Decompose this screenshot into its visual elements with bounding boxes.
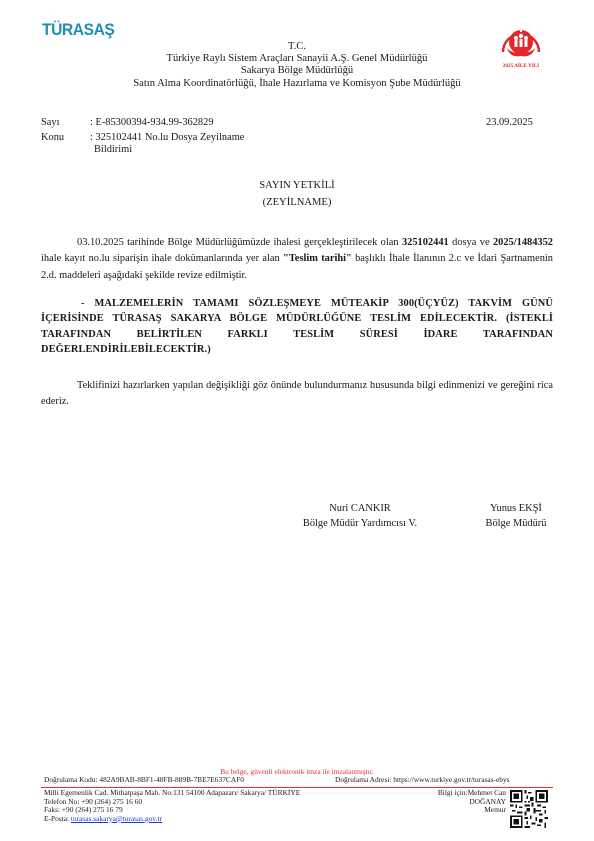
document-date: 23.09.2025 (486, 117, 533, 128)
konu-value-cont: Bildirimi (94, 144, 132, 156)
signer-title: Bölge Müdürü (466, 516, 566, 531)
email-row: E-Posta: turasas.sakarya@turasas.gov.tr (44, 815, 300, 824)
signature-2: Yunus EKŞİ Bölge Müdürü (466, 501, 566, 531)
salutation: SAYIN YETKİLİ (60, 180, 534, 191)
sayi-label: Sayı (41, 117, 59, 129)
verification-code: Doğrulama Kodu: 482A9BAB-8BF1-48FB-889B-… (44, 776, 244, 785)
address: Milli Egemenlik Cad. Mithatpaşa Mah. No:… (44, 789, 300, 823)
header-region: Sakarya Bölge Müdürlüğü (60, 65, 534, 77)
header-tc: T.C. (60, 41, 534, 53)
body-paragraph-2: - MALZEMELERİN TAMAMI SÖZLEŞMEYE MÜTEAKİ… (41, 296, 553, 357)
signer-name: Yunus EKŞİ (466, 501, 566, 516)
konu-label: Konu (41, 132, 64, 144)
header-department: Satın Alma Koordinatörlüğü, İhale Hazırl… (60, 78, 534, 90)
body-paragraph-1: 03.10.2025 tarihinde Bölge Müdürlüğümüzd… (41, 235, 553, 284)
file-number: 325102441 (402, 237, 449, 248)
email-link[interactable]: turasas.sakarya@turasas.gov.tr (71, 814, 162, 823)
field-name: "Teslim tarihi" (283, 253, 352, 264)
signer-title: Bölge Müdür Yardımcısı V. (280, 516, 440, 531)
letterhead: T.C. Türkiye Raylı Sistem Araçları Sanay… (60, 41, 534, 90)
signature-1: Nuri CANKIR Bölge Müdür Yardımcısı V. (280, 501, 440, 531)
header-company: Türkiye Raylı Sistem Araçları Sanayii A.… (60, 53, 534, 65)
signer-name: Nuri CANKIR (280, 501, 440, 516)
qr-code-icon (510, 790, 548, 828)
contact-info: Bilgi için:Mehmet Can DOĞANAY Memur (400, 789, 506, 815)
turasas-logo: TÜRASAŞ (42, 20, 114, 40)
body-paragraph-3: Teklifinizi hazırlarken yapılan değişikl… (41, 378, 553, 411)
sayi-value: : E-85300394-934.99-362829 (90, 117, 214, 129)
order-number: 2025/1484352 (493, 237, 553, 248)
verification-address: Doğrulama Adresi: https://www.turkiye.go… (335, 776, 510, 785)
konu-value: : 325102441 No.lu Dosya Zeyilname (90, 132, 244, 144)
salutation-subtitle: (ZEYİLNAME) (60, 197, 534, 208)
